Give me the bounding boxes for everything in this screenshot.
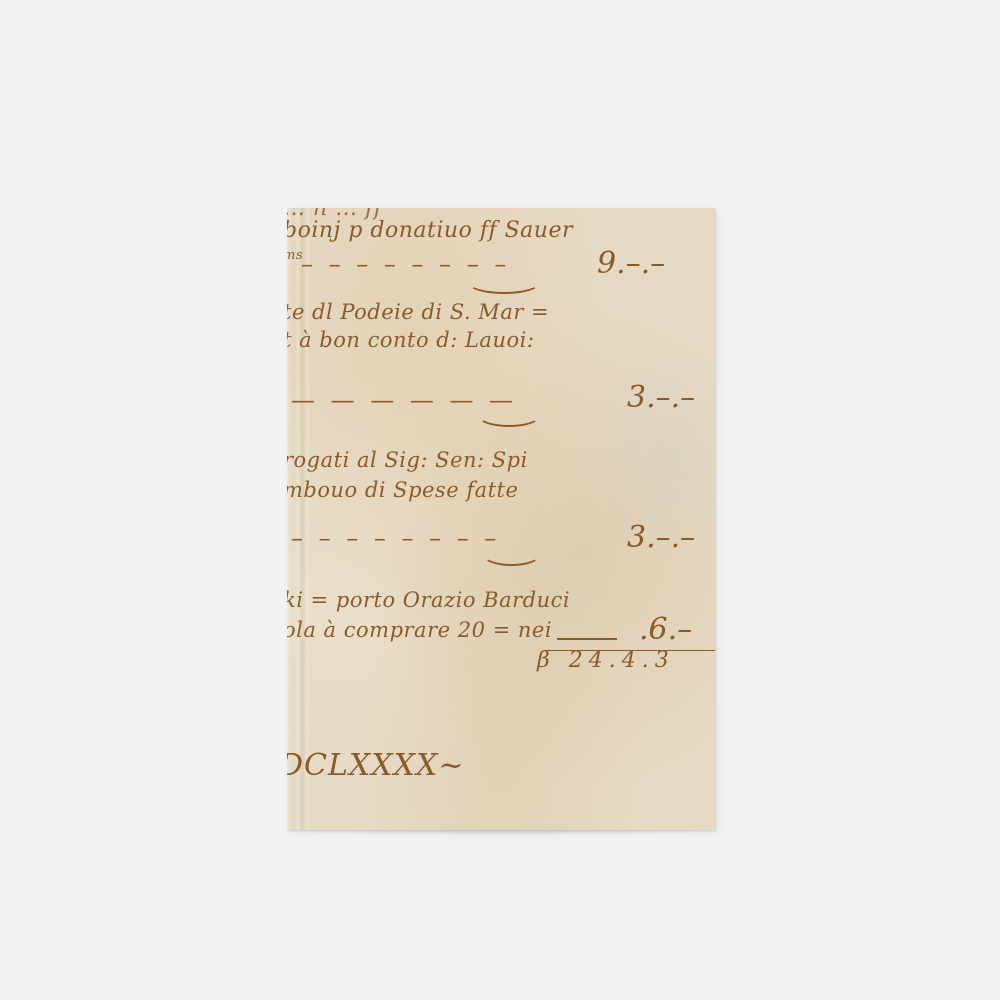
ledger-dashes: – – – – – – – –	[291, 524, 500, 552]
handwriting-line: mbouo di Spese fatte	[287, 478, 518, 502]
handwriting-line: te dl Podeie di S. Mar =	[287, 300, 549, 324]
ledger-amount: 3.–.–	[627, 520, 695, 555]
ledger-amount: .6.–	[639, 612, 692, 647]
handwriting-line: ki = porto Orazio Barduci	[287, 588, 570, 612]
flourish-mark	[482, 542, 541, 566]
ledger-amount: 9.–.–	[597, 246, 665, 281]
ledger-rule	[557, 638, 617, 640]
handwriting-line: rogati al Sig: Sen: Spi	[287, 448, 528, 472]
handwriting-line: t à bon conto d: Lauoi:	[287, 328, 534, 352]
flourish-mark	[477, 403, 541, 427]
handwriting-line: boinj p donatiuo ff Sauer	[287, 218, 573, 243]
notebook-cover: … n … ff boinj p donatiuo ff Sauer ms – …	[287, 208, 715, 830]
roman-numeral: DCLXXXX~	[287, 748, 465, 783]
ledger-total: β 24.4.3	[537, 648, 675, 673]
ledger-amount: 3.–.–	[627, 380, 695, 415]
flourish-mark	[467, 270, 541, 294]
handwriting-line: ola à comprare 20 = nei	[287, 618, 552, 642]
